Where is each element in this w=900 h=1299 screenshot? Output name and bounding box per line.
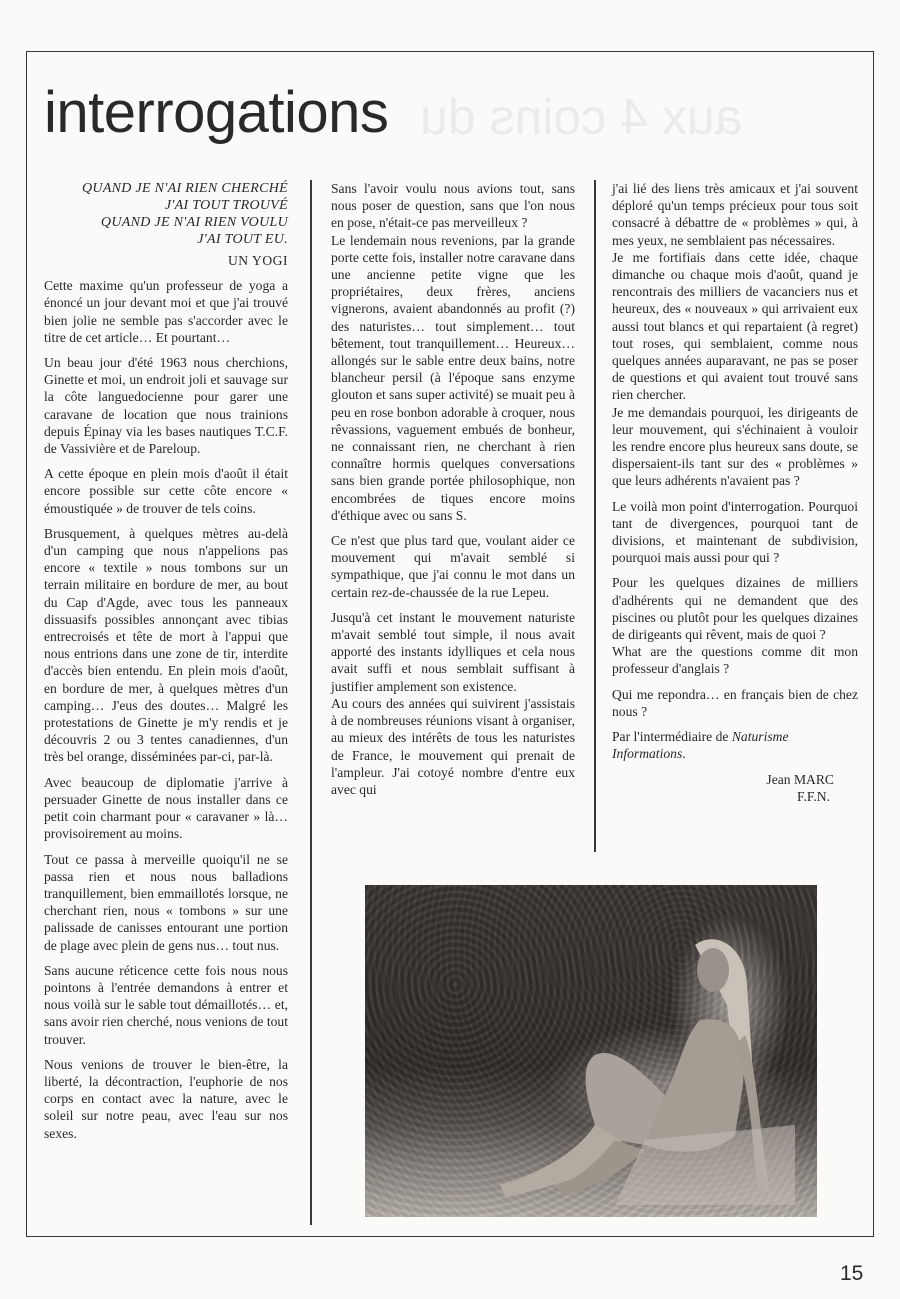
paragraph: Sans l'avoir voulu nous avions tout, san… [331, 180, 575, 232]
paragraph: j'ai lié des liens très amicaux et j'ai … [612, 180, 858, 249]
paragraph: Au cours des années qui suivirent j'assi… [331, 695, 575, 798]
paragraph: Pour les quelques dizaines de milliers d… [612, 574, 858, 643]
paragraph: Je me demandais pourquoi, les dirigeants… [612, 404, 858, 490]
epigraph-line: QUAND JE N'AI RIEN CHERCHÉ [44, 180, 288, 197]
paragraph: Tout ce passa à merveille quoiqu'il ne s… [44, 851, 288, 954]
paragraph: Un beau jour d'été 1963 nous cherchions,… [44, 354, 288, 457]
author-organization: F.F.N. [612, 788, 834, 805]
article-column-3: j'ai lié des liens très amicaux et j'ai … [612, 180, 858, 805]
paragraph: Brusquement, à quelques mètres au-delà d… [44, 525, 288, 766]
paragraph: Ce n'est que plus tard que, voulant aide… [331, 532, 575, 601]
page-number: 15 [840, 1262, 863, 1286]
signature: Jean MARC F.F.N. [612, 771, 858, 805]
paragraph: Nous venions de trouver le bien-être, la… [44, 1056, 288, 1142]
paragraph: Sans aucune réticence cette fois nous no… [44, 962, 288, 1048]
closing-suffix: . [682, 746, 685, 761]
paragraph: A cette époque en plein mois d'août il é… [44, 465, 288, 517]
epigraph-attribution: UN YOGI [44, 252, 288, 269]
photo-figure-silhouette [495, 925, 795, 1205]
column-divider-1 [310, 180, 312, 1225]
paragraph: Je me fortifiais dans cette idée, chaque… [612, 249, 858, 404]
closing-paragraph: Par l'intermédiaire de Naturisme Informa… [612, 728, 858, 762]
article-column-1: QUAND JE N'AI RIEN CHERCHÉ J'AI TOUT TRO… [44, 180, 288, 1150]
column-divider-2 [594, 180, 596, 852]
paragraph: Le voilà mon point d'interrogation. Pour… [612, 498, 858, 567]
closing-prefix: Par l'intermédiaire de [612, 729, 732, 744]
paragraph: What are the questions comme dit mon pro… [612, 643, 858, 677]
author-name: Jean MARC [612, 771, 834, 788]
epigraph-line: J'AI TOUT EU. [44, 231, 288, 248]
epigraph-line: J'AI TOUT TROUVÉ [44, 197, 288, 214]
article-title: interrogations [44, 84, 388, 142]
paragraph: Cette maxime qu'un professeur de yoga a … [44, 277, 288, 346]
show-through-ghost-title: aux 4 coins du [420, 92, 742, 142]
paragraph: Avec beaucoup de diplomatie j'arrive à p… [44, 774, 288, 843]
article-photo [365, 885, 817, 1217]
paragraph: Qui me repondra… en français bien de che… [612, 686, 858, 720]
paragraph: Jusqu'à cet instant le mouvement naturis… [331, 609, 575, 695]
article-column-2: Sans l'avoir voulu nous avions tout, san… [331, 180, 575, 806]
epigraph-line: QUAND JE N'AI RIEN VOULU [44, 214, 288, 231]
paragraph: Le lendemain nous revenions, par la gran… [331, 232, 575, 524]
epigraph: QUAND JE N'AI RIEN CHERCHÉ J'AI TOUT TRO… [44, 180, 288, 248]
